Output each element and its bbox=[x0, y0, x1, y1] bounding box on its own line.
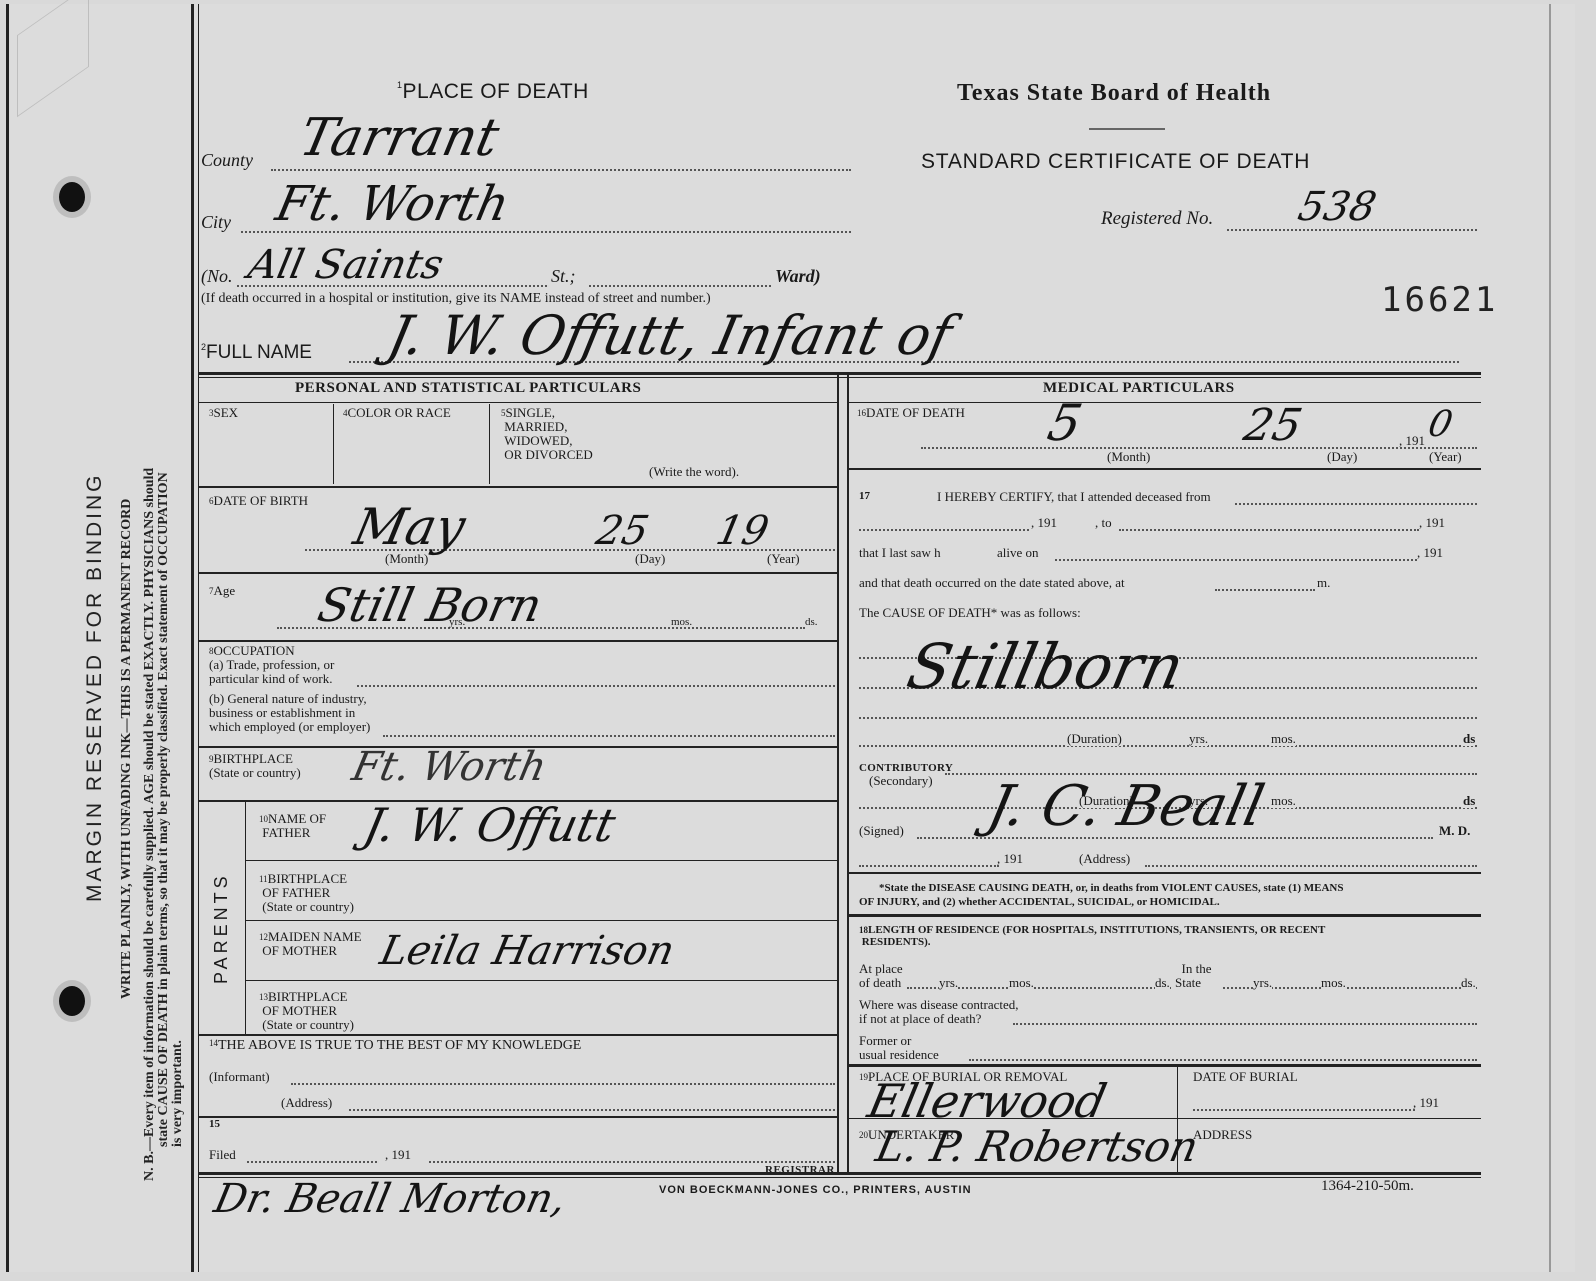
in-state-yrs: yrs. bbox=[1253, 976, 1272, 990]
street-label: St.; bbox=[551, 266, 576, 287]
father-name-label: 10NAME OF FATHER bbox=[259, 812, 326, 840]
margin-binding-label: MARGIN RESERVED FOR BINDING bbox=[83, 473, 107, 903]
duration-field[interactable] bbox=[859, 744, 1477, 747]
cert-alive-on: alive on bbox=[997, 546, 1039, 560]
informant-address-label: (Address) bbox=[281, 1096, 332, 1110]
stamp-number: 16621 bbox=[1381, 280, 1498, 320]
informant-address-field[interactable] bbox=[349, 1108, 835, 1111]
informant-field[interactable] bbox=[291, 1082, 835, 1085]
informant-label: (Informant) bbox=[209, 1070, 270, 1084]
form-bottom-rule bbox=[199, 1172, 1481, 1175]
footnote-line-2: OF INJURY, and (2) whether ACCIDENTAL, S… bbox=[859, 896, 1220, 908]
dod-label: 16DATE OF DEATH bbox=[857, 406, 965, 420]
margin-nb-line-2: state CAUSE OF DEATH in plain terms, so … bbox=[157, 472, 171, 1181]
cert-number: 17 bbox=[859, 490, 870, 502]
cert-m: m. bbox=[1317, 576, 1330, 590]
age-ds: ds. bbox=[805, 616, 818, 628]
registered-no-label: Registered No. bbox=[1101, 208, 1213, 230]
cause-line-3[interactable] bbox=[859, 716, 1477, 719]
form-number: 1364-210-50m. bbox=[1321, 1178, 1414, 1195]
race-label: 4COLOR OR RACE bbox=[343, 406, 451, 420]
duration-yrs: yrs. bbox=[1189, 732, 1208, 746]
full-name-label: 2FULL NAME bbox=[201, 342, 312, 364]
signed-date-field[interactable] bbox=[859, 864, 999, 867]
death-certificate-page: MARGIN RESERVED FOR BINDING WRITE PLAINL… bbox=[6, 4, 1575, 1272]
dob-year-caption: (Year) bbox=[767, 552, 800, 566]
dod-field[interactable] bbox=[921, 446, 1477, 449]
printer-credit: VON BOECKMANN-JONES CO., PRINTERS, AUSTI… bbox=[659, 1184, 972, 1196]
personal-heading: PERSONAL AND STATISTICAL PARTICULARS bbox=[295, 380, 641, 397]
cert-191-c: , 191 bbox=[1417, 546, 1443, 560]
burial-date-label: DATE OF BURIAL bbox=[1193, 1070, 1298, 1084]
section-rule-top bbox=[199, 372, 1481, 375]
mother-name-label: 12MAIDEN NAME OF MOTHER bbox=[259, 930, 362, 958]
at-place-label: At placeof death bbox=[859, 962, 903, 990]
margin-nb-line-3: is very important. bbox=[171, 1040, 185, 1181]
dob-label: 6DATE OF BIRTH bbox=[209, 494, 308, 508]
cert-line-1: I HEREBY CERTIFY, that I attended deceas… bbox=[937, 490, 1211, 504]
contracted-label: Where was disease contracted,if not at p… bbox=[859, 998, 1019, 1026]
county-field[interactable] bbox=[271, 168, 851, 171]
dod-year-caption: (Year) bbox=[1429, 450, 1462, 464]
rule bbox=[489, 404, 490, 484]
rule bbox=[849, 872, 1481, 874]
dod-year-prefix: , 191 bbox=[1399, 434, 1425, 448]
in-state-label: In theState bbox=[1175, 962, 1211, 990]
informant-statement: 14THE ABOVE IS TRUE TO THE BEST OF MY KN… bbox=[209, 1038, 581, 1054]
ward-label: Ward) bbox=[775, 266, 821, 287]
ward-field[interactable] bbox=[589, 284, 771, 287]
mother-birthplace-label: 13BIRTHPLACE OF MOTHER (State or country… bbox=[259, 990, 354, 1032]
undertaker-address-label: ADDRESS bbox=[1193, 1128, 1252, 1142]
street-number-value: All Saints bbox=[244, 242, 447, 288]
dod-day-caption: (Day) bbox=[1327, 450, 1357, 464]
contracted-field[interactable] bbox=[1013, 1022, 1477, 1025]
rule bbox=[199, 572, 837, 574]
mother-name-value: Leila Harrison bbox=[376, 928, 678, 974]
burial-date-field[interactable] bbox=[1193, 1108, 1415, 1111]
burial-place-value: Ellerwood bbox=[863, 1074, 1111, 1128]
physician-address-label: (Address) bbox=[1079, 852, 1130, 866]
binding-hole-bottom bbox=[59, 986, 85, 1016]
board-rule bbox=[1089, 128, 1165, 130]
full-name-value: J. W. Offutt, Infant of bbox=[382, 304, 957, 367]
registered-no-value: 538 bbox=[1294, 184, 1380, 230]
footnote-line-1: *State the DISEASE CAUSING DEATH, or, in… bbox=[879, 882, 1344, 894]
section-rule-top-2 bbox=[199, 377, 1481, 378]
filed-date-field[interactable] bbox=[247, 1160, 377, 1163]
physician-address-field[interactable] bbox=[1145, 864, 1477, 867]
cert-line-4: and that death occurred on the date stat… bbox=[859, 576, 1125, 590]
attended-from-field[interactable] bbox=[1235, 502, 1477, 505]
margin-write-plainly: WRITE PLAINLY, WITH UNFADING INK—THIS IS… bbox=[119, 499, 135, 999]
at-place-yrs: yrs. bbox=[939, 976, 958, 990]
filed-number: 15 bbox=[209, 1118, 220, 1130]
form-left-border bbox=[191, 4, 194, 1272]
place-of-death-heading: 1PLACE OF DEATH bbox=[397, 80, 589, 104]
birthplace-value: Ft. Worth bbox=[348, 744, 550, 790]
filed-year-prefix: , 191 bbox=[385, 1148, 411, 1162]
dob-month-value: May bbox=[349, 498, 471, 556]
cert-to: , to bbox=[1095, 516, 1112, 530]
former-residence-label: Former orusual residence bbox=[859, 1034, 939, 1062]
sex-label: 3SEX bbox=[209, 406, 238, 420]
rule bbox=[333, 404, 334, 484]
rule bbox=[199, 1116, 837, 1118]
dod-year-value: 0 bbox=[1425, 404, 1457, 445]
county-label: County bbox=[201, 150, 253, 171]
age-label: 7Age bbox=[209, 584, 235, 598]
cert-last-saw: that I last saw h bbox=[859, 546, 941, 560]
rule bbox=[245, 920, 837, 921]
alive-on-field[interactable] bbox=[1055, 558, 1417, 561]
page-edge bbox=[1549, 4, 1551, 1272]
dob-day-value: 25 bbox=[592, 508, 653, 554]
rule bbox=[199, 640, 837, 642]
rule bbox=[245, 860, 837, 861]
duration-mos: mos. bbox=[1271, 732, 1296, 746]
burial-year: , 191 bbox=[1413, 1096, 1439, 1110]
cert-191-a: , 191 bbox=[1031, 516, 1057, 530]
father-name-value: J. W. Offutt bbox=[359, 798, 620, 852]
attended-from-date-field[interactable] bbox=[859, 528, 1029, 531]
in-state-mos: mos. bbox=[1321, 976, 1346, 990]
age-mos: mos. bbox=[671, 616, 692, 628]
rule bbox=[849, 1064, 1481, 1067]
occupation-label: 8OCCUPATION (a) Trade, profession, or pa… bbox=[209, 644, 334, 686]
city-label: City bbox=[201, 212, 231, 233]
board-name: Texas State Board of Health bbox=[957, 80, 1271, 107]
at-place-ds: ds. bbox=[1155, 976, 1170, 990]
rule bbox=[245, 980, 837, 981]
footer-annotation: Dr. Beall Morton, bbox=[210, 1176, 570, 1222]
cause-value: Stillborn bbox=[901, 630, 1190, 703]
father-birthplace-label: 11BIRTHPLACE OF FATHER (State or country… bbox=[259, 872, 354, 914]
marital-note: (Write the word). bbox=[649, 465, 739, 479]
attended-to-field[interactable] bbox=[1119, 528, 1419, 531]
cert-191-b: , 191 bbox=[1419, 516, 1445, 530]
rule bbox=[849, 468, 1481, 470]
rule bbox=[199, 486, 837, 488]
dob-month-caption: (Month) bbox=[385, 552, 428, 566]
at-place-mos: mos. bbox=[1009, 976, 1034, 990]
street-number-label: (No. bbox=[201, 266, 233, 287]
dod-day-value: 25 bbox=[1240, 400, 1307, 451]
city-value: Ft. Worth bbox=[271, 176, 514, 232]
dob-year-value: 19 bbox=[712, 508, 773, 554]
time-of-death-field[interactable] bbox=[1215, 588, 1315, 591]
rule bbox=[849, 1118, 1481, 1119]
former-residence-field[interactable] bbox=[969, 1058, 1477, 1061]
form-left-border-inner bbox=[198, 4, 199, 1272]
rule bbox=[849, 402, 1481, 403]
birthplace-label: 9BIRTHPLACE (State or country) bbox=[209, 752, 301, 780]
dob-day-caption: (Day) bbox=[635, 552, 665, 566]
residence-heading: 18LENGTH OF RESIDENCE (FOR HOSPITALS, IN… bbox=[859, 924, 1325, 948]
duration-ds: ds bbox=[1463, 732, 1475, 746]
occupation-industry-label: (b) General nature of industry, business… bbox=[209, 692, 370, 734]
physician-signature: J. C. Beall bbox=[982, 774, 1269, 839]
marital-label: 5SINGLE, MARRIED, WIDOWED, OR DIVORCED bbox=[501, 406, 593, 462]
rule bbox=[199, 1034, 837, 1036]
parents-side-label: PARENTS bbox=[211, 872, 232, 984]
undertaker-value: L. P. Robertson bbox=[872, 1122, 1203, 1171]
county-value: Tarrant bbox=[295, 108, 505, 168]
md-label: M. D. bbox=[1439, 824, 1470, 838]
contributory-ds: ds bbox=[1463, 794, 1475, 808]
parents-divider bbox=[245, 802, 246, 1034]
binding-hole-top bbox=[59, 182, 85, 212]
folded-corner bbox=[17, 0, 89, 117]
duration-label: (Duration) bbox=[1067, 732, 1122, 746]
contributory-mos: mos. bbox=[1271, 794, 1296, 808]
dod-month-caption: (Month) bbox=[1107, 450, 1150, 464]
margin-nb-line-1: N. B.—Every item of information should b… bbox=[143, 468, 157, 1181]
rule bbox=[849, 914, 1481, 917]
rule bbox=[199, 402, 837, 403]
column-divider bbox=[837, 374, 839, 1174]
occupation-trade-field[interactable] bbox=[357, 684, 835, 687]
secondary-label: (Secondary) bbox=[869, 774, 933, 788]
certificate-title: STANDARD CERTIFICATE OF DEATH bbox=[921, 150, 1310, 174]
age-value: Still Born bbox=[313, 578, 546, 632]
occupation-industry-field[interactable] bbox=[383, 734, 835, 737]
column-divider-2 bbox=[847, 374, 849, 1174]
filed-label: Filed bbox=[209, 1148, 236, 1162]
in-state-ds: ds. bbox=[1461, 976, 1476, 990]
age-yrs: yrs. bbox=[449, 616, 465, 628]
signed-label: (Signed) bbox=[859, 824, 904, 838]
cause-label: The CAUSE OF DEATH* was as follows: bbox=[859, 606, 1081, 620]
signed-year: , 191 bbox=[997, 852, 1023, 866]
registrar-field[interactable] bbox=[429, 1160, 835, 1163]
